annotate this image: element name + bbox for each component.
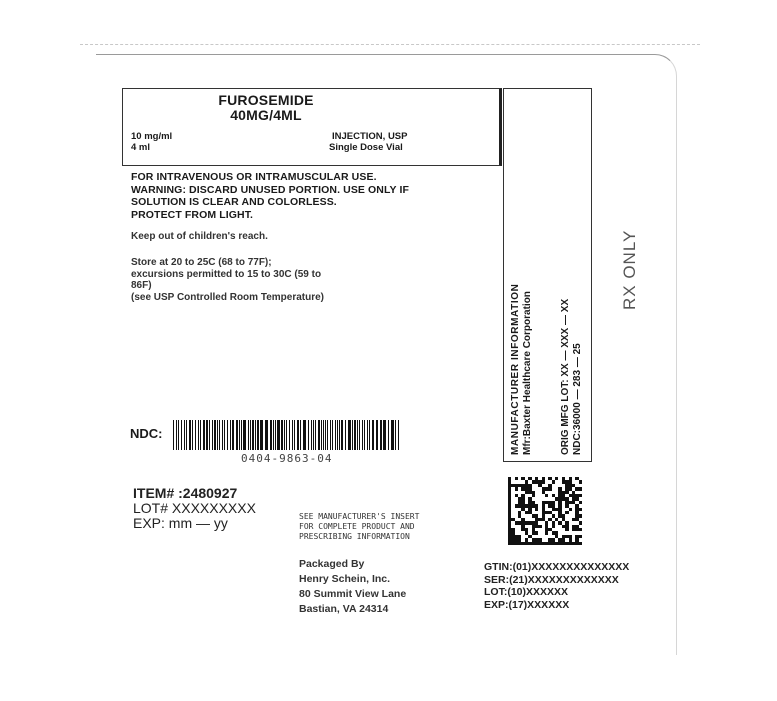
product-name: FUROSEMIDE (216, 93, 316, 108)
serialization-block: GTIN:(01)XXXXXXXXXXXXXX SER:(21)XXXXXXXX… (484, 561, 629, 611)
storage-line: excursions permitted to 15 to 30C (59 to (131, 269, 324, 281)
storage-info: Store at 20 to 25C (68 to 77F); excursio… (131, 257, 324, 303)
manufacturer-info: MANUFACTURER INFORMATION Mfr:Baxter Heal… (510, 284, 534, 455)
packager-city: Bastian, VA 24314 (299, 602, 406, 617)
instruction-line: PROTECT FROM LIGHT. (131, 209, 409, 222)
children-warning: Keep out of children's reach. (131, 231, 268, 243)
insert-note-line: FOR COMPLETE PRODUCT AND (299, 522, 419, 532)
insert-note: SEE MANUFACTURER'S INSERT FOR COMPLETE P… (299, 512, 419, 542)
gtin: GTIN:(01)XXXXXXXXXXXXXX (484, 561, 629, 574)
concentration-block: 10 mg/ml 4 ml (131, 131, 172, 153)
packager-name: Henry Schein, Inc. (299, 572, 406, 587)
insert-note-line: SEE MANUFACTURER'S INSERT (299, 512, 419, 522)
storage-line: Store at 20 to 25C (68 to 77F); (131, 257, 324, 269)
product-title: FUROSEMIDE 40MG/4ML (216, 93, 316, 123)
packager-heading: Packaged By (299, 557, 406, 572)
orig-lot: ORIG MFG LOT: XX — XXX — XX (560, 299, 572, 455)
storage-line: (see USP Controlled Room Temperature) (131, 292, 324, 304)
serial-exp: EXP:(17)XXXXXX (484, 599, 629, 612)
dosage-form: INJECTION, USP (329, 131, 408, 142)
barcode-icon (173, 420, 450, 450)
product-strength: 40MG/4ML (216, 108, 316, 123)
form-block: INJECTION, USP Single Dose Vial (329, 131, 408, 153)
item-exp: EXP: mm — yy (133, 516, 256, 531)
packager-block: Packaged By Henry Schein, Inc. 80 Summit… (299, 557, 406, 617)
orig-ndc: NDC:36000 — 283 — 25 (572, 299, 584, 455)
item-block: ITEM# :2480927 LOT# XXXXXXXXX EXP: mm — … (133, 486, 256, 531)
insert-note-line: PRESCRIBING INFORMATION (299, 532, 419, 542)
ndc-label: NDC: (130, 426, 163, 441)
ndc-number: 0404-9863-04 (241, 452, 332, 465)
serial-lot: LOT:(10)XXXXXX (484, 586, 629, 599)
instruction-line: FOR INTRAVENOUS OR INTRAMUSCULAR USE. (131, 171, 409, 184)
item-number: ITEM# :2480927 (133, 486, 256, 501)
packager-street: 80 Summit View Lane (299, 587, 406, 602)
volume: 4 ml (131, 142, 172, 153)
scan-edge (80, 44, 700, 45)
manufacturer-heading: MANUFACTURER INFORMATION (510, 284, 522, 455)
manufacturer-name: Mfr:Baxter Healthcare Corporation (522, 284, 534, 455)
storage-line: 86F) (131, 280, 324, 292)
rx-only: RX ONLY (620, 230, 640, 310)
container-type: Single Dose Vial (329, 142, 408, 153)
datamatrix-icon (508, 477, 582, 545)
original-lot-info: ORIG MFG LOT: XX — XXX — XX NDC:36000 — … (560, 299, 584, 455)
concentration: 10 mg/ml (131, 131, 172, 142)
item-lot: LOT# XXXXXXXXX (133, 501, 256, 516)
instruction-line: SOLUTION IS CLEAR AND COLORLESS. (131, 196, 409, 209)
instruction-line: WARNING: DISCARD UNUSED PORTION. USE ONL… (131, 184, 409, 197)
instructions: FOR INTRAVENOUS OR INTRAMUSCULAR USE. WA… (131, 171, 409, 221)
serial-number: SER:(21)XXXXXXXXXXXXX (484, 574, 629, 587)
